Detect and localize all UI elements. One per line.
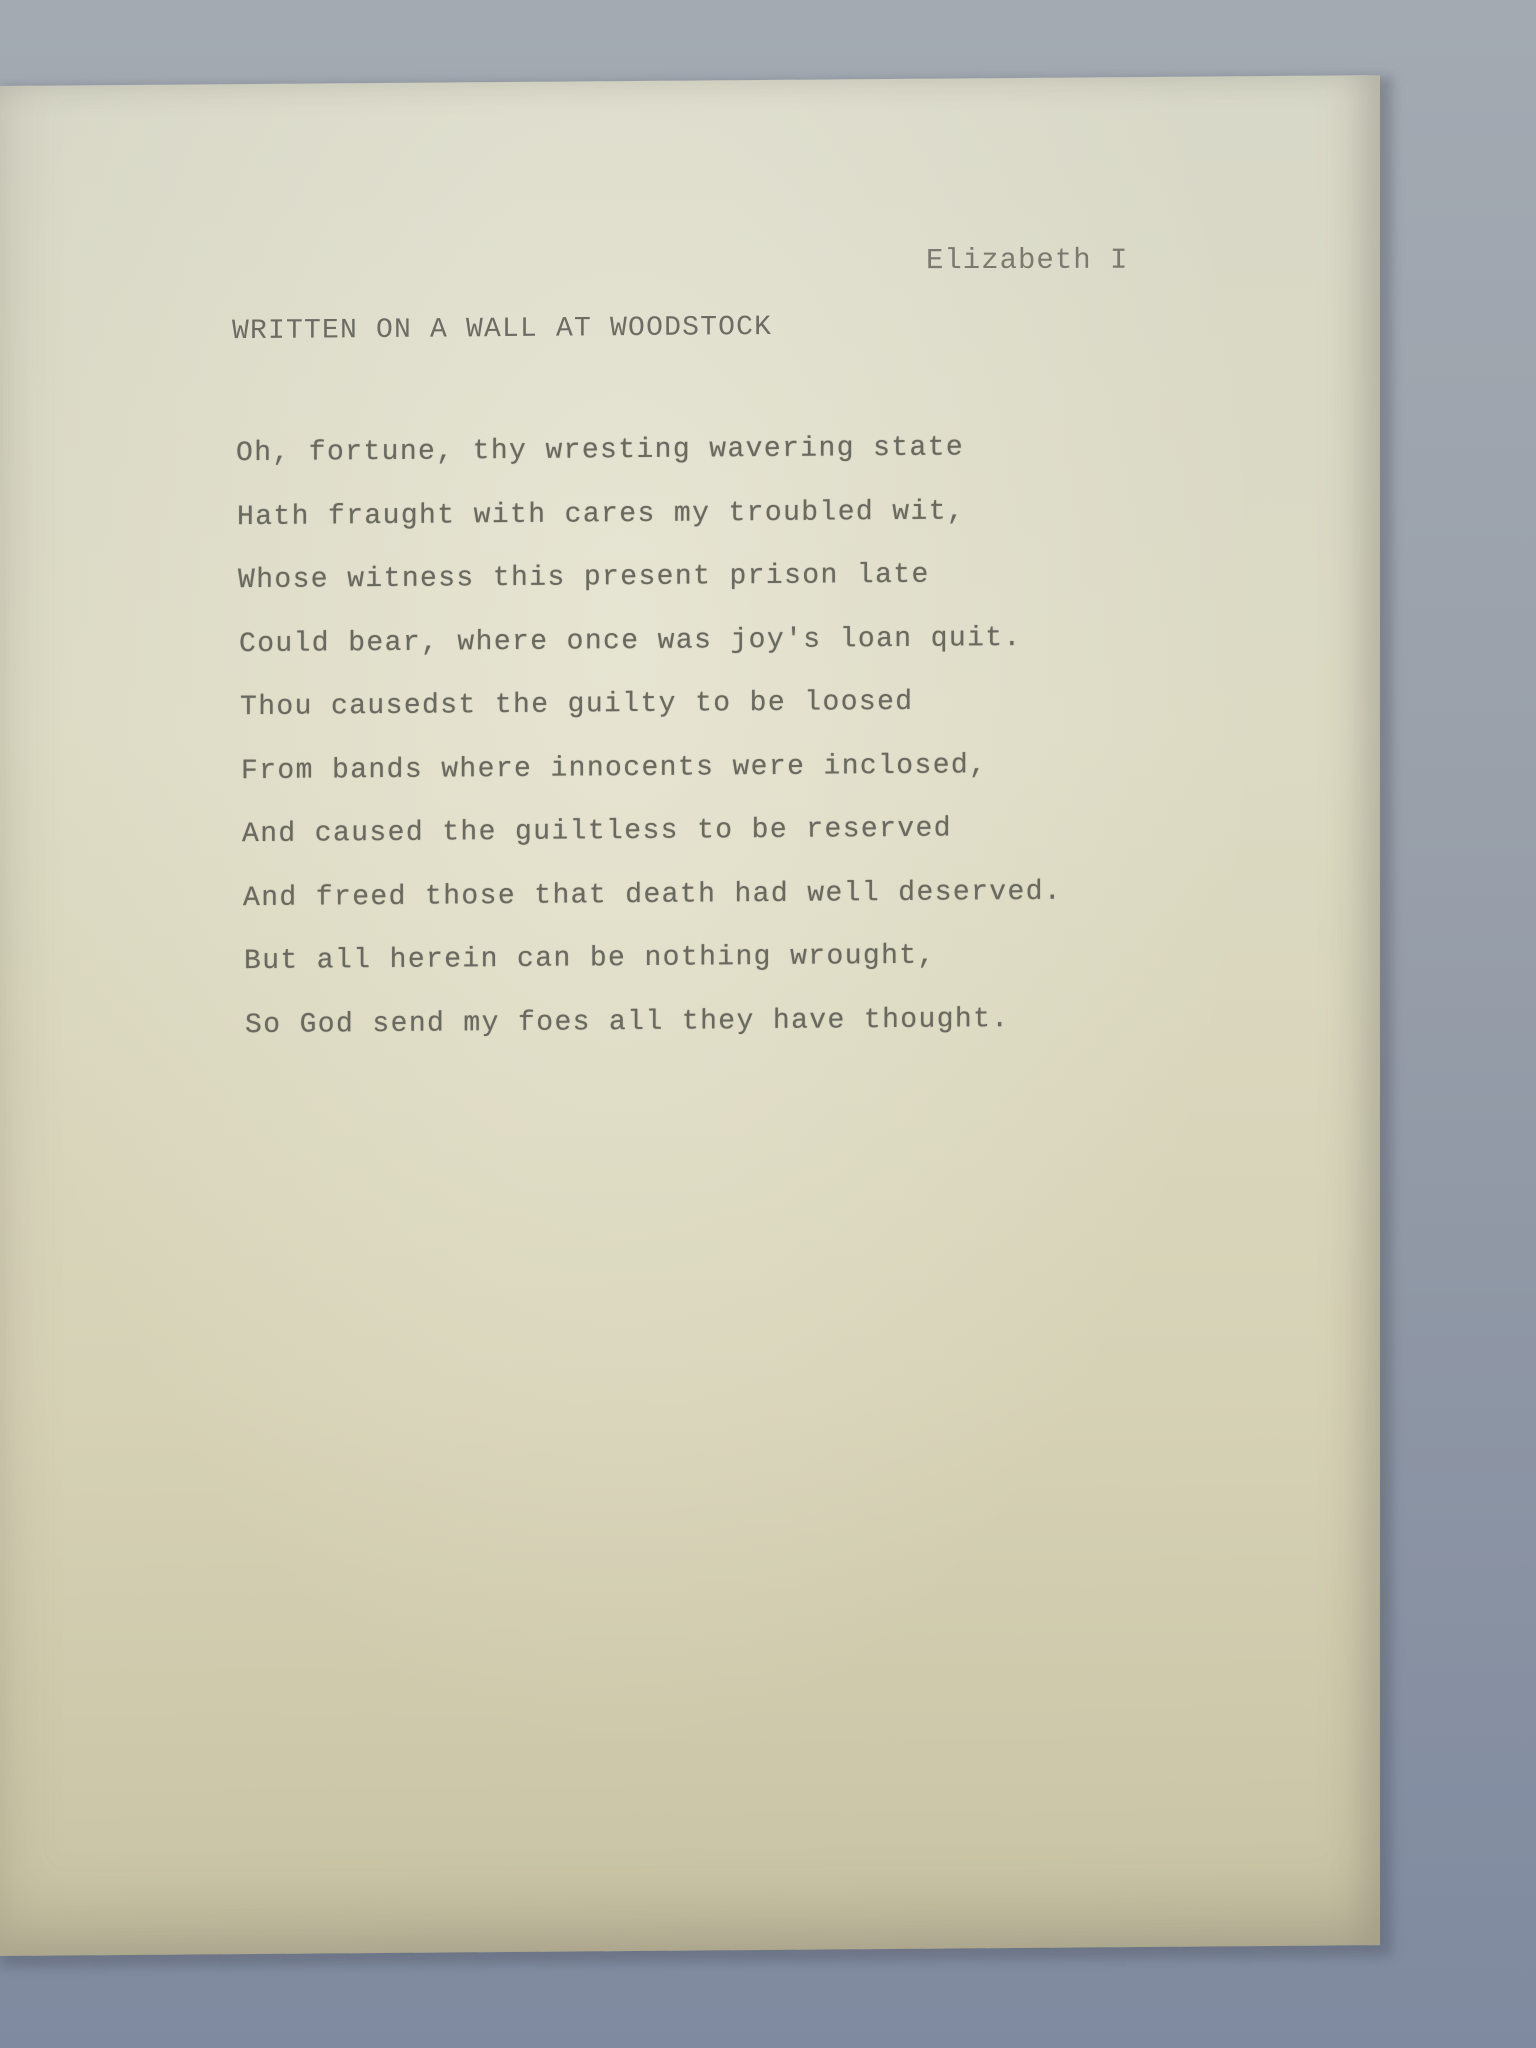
poem-line: Hath fraught with cares my troubled wit, xyxy=(237,495,1062,565)
poem-line: And caused the guiltless to be reserved xyxy=(242,813,1062,883)
poem-title: WRITTEN ON A WALL AT WOODSTOCK xyxy=(232,312,772,347)
poem-line: From bands where innocents were inclosed… xyxy=(241,749,1062,819)
author-name: Elizabeth I xyxy=(926,244,1128,277)
poem-line: Whose witness this present prison late xyxy=(238,559,1062,629)
typewritten-page: Elizabeth I WRITTEN ON A WALL AT WOODSTO… xyxy=(0,75,1380,1956)
poem-line: And freed those that death had well dese… xyxy=(243,876,1062,946)
poem-line: So God send my foes all they have though… xyxy=(245,1003,1062,1073)
poem-line: Could bear, where once was joy's loan qu… xyxy=(239,622,1062,692)
poem-line: Thou causedst the guilty to be loosed xyxy=(240,686,1062,756)
poem-line: But all herein can be nothing wrought, xyxy=(244,940,1062,1010)
poem-body: Oh, fortune, thy wresting wavering state… xyxy=(236,432,1062,1073)
poem-line: Oh, fortune, thy wresting wavering state xyxy=(236,432,1062,502)
